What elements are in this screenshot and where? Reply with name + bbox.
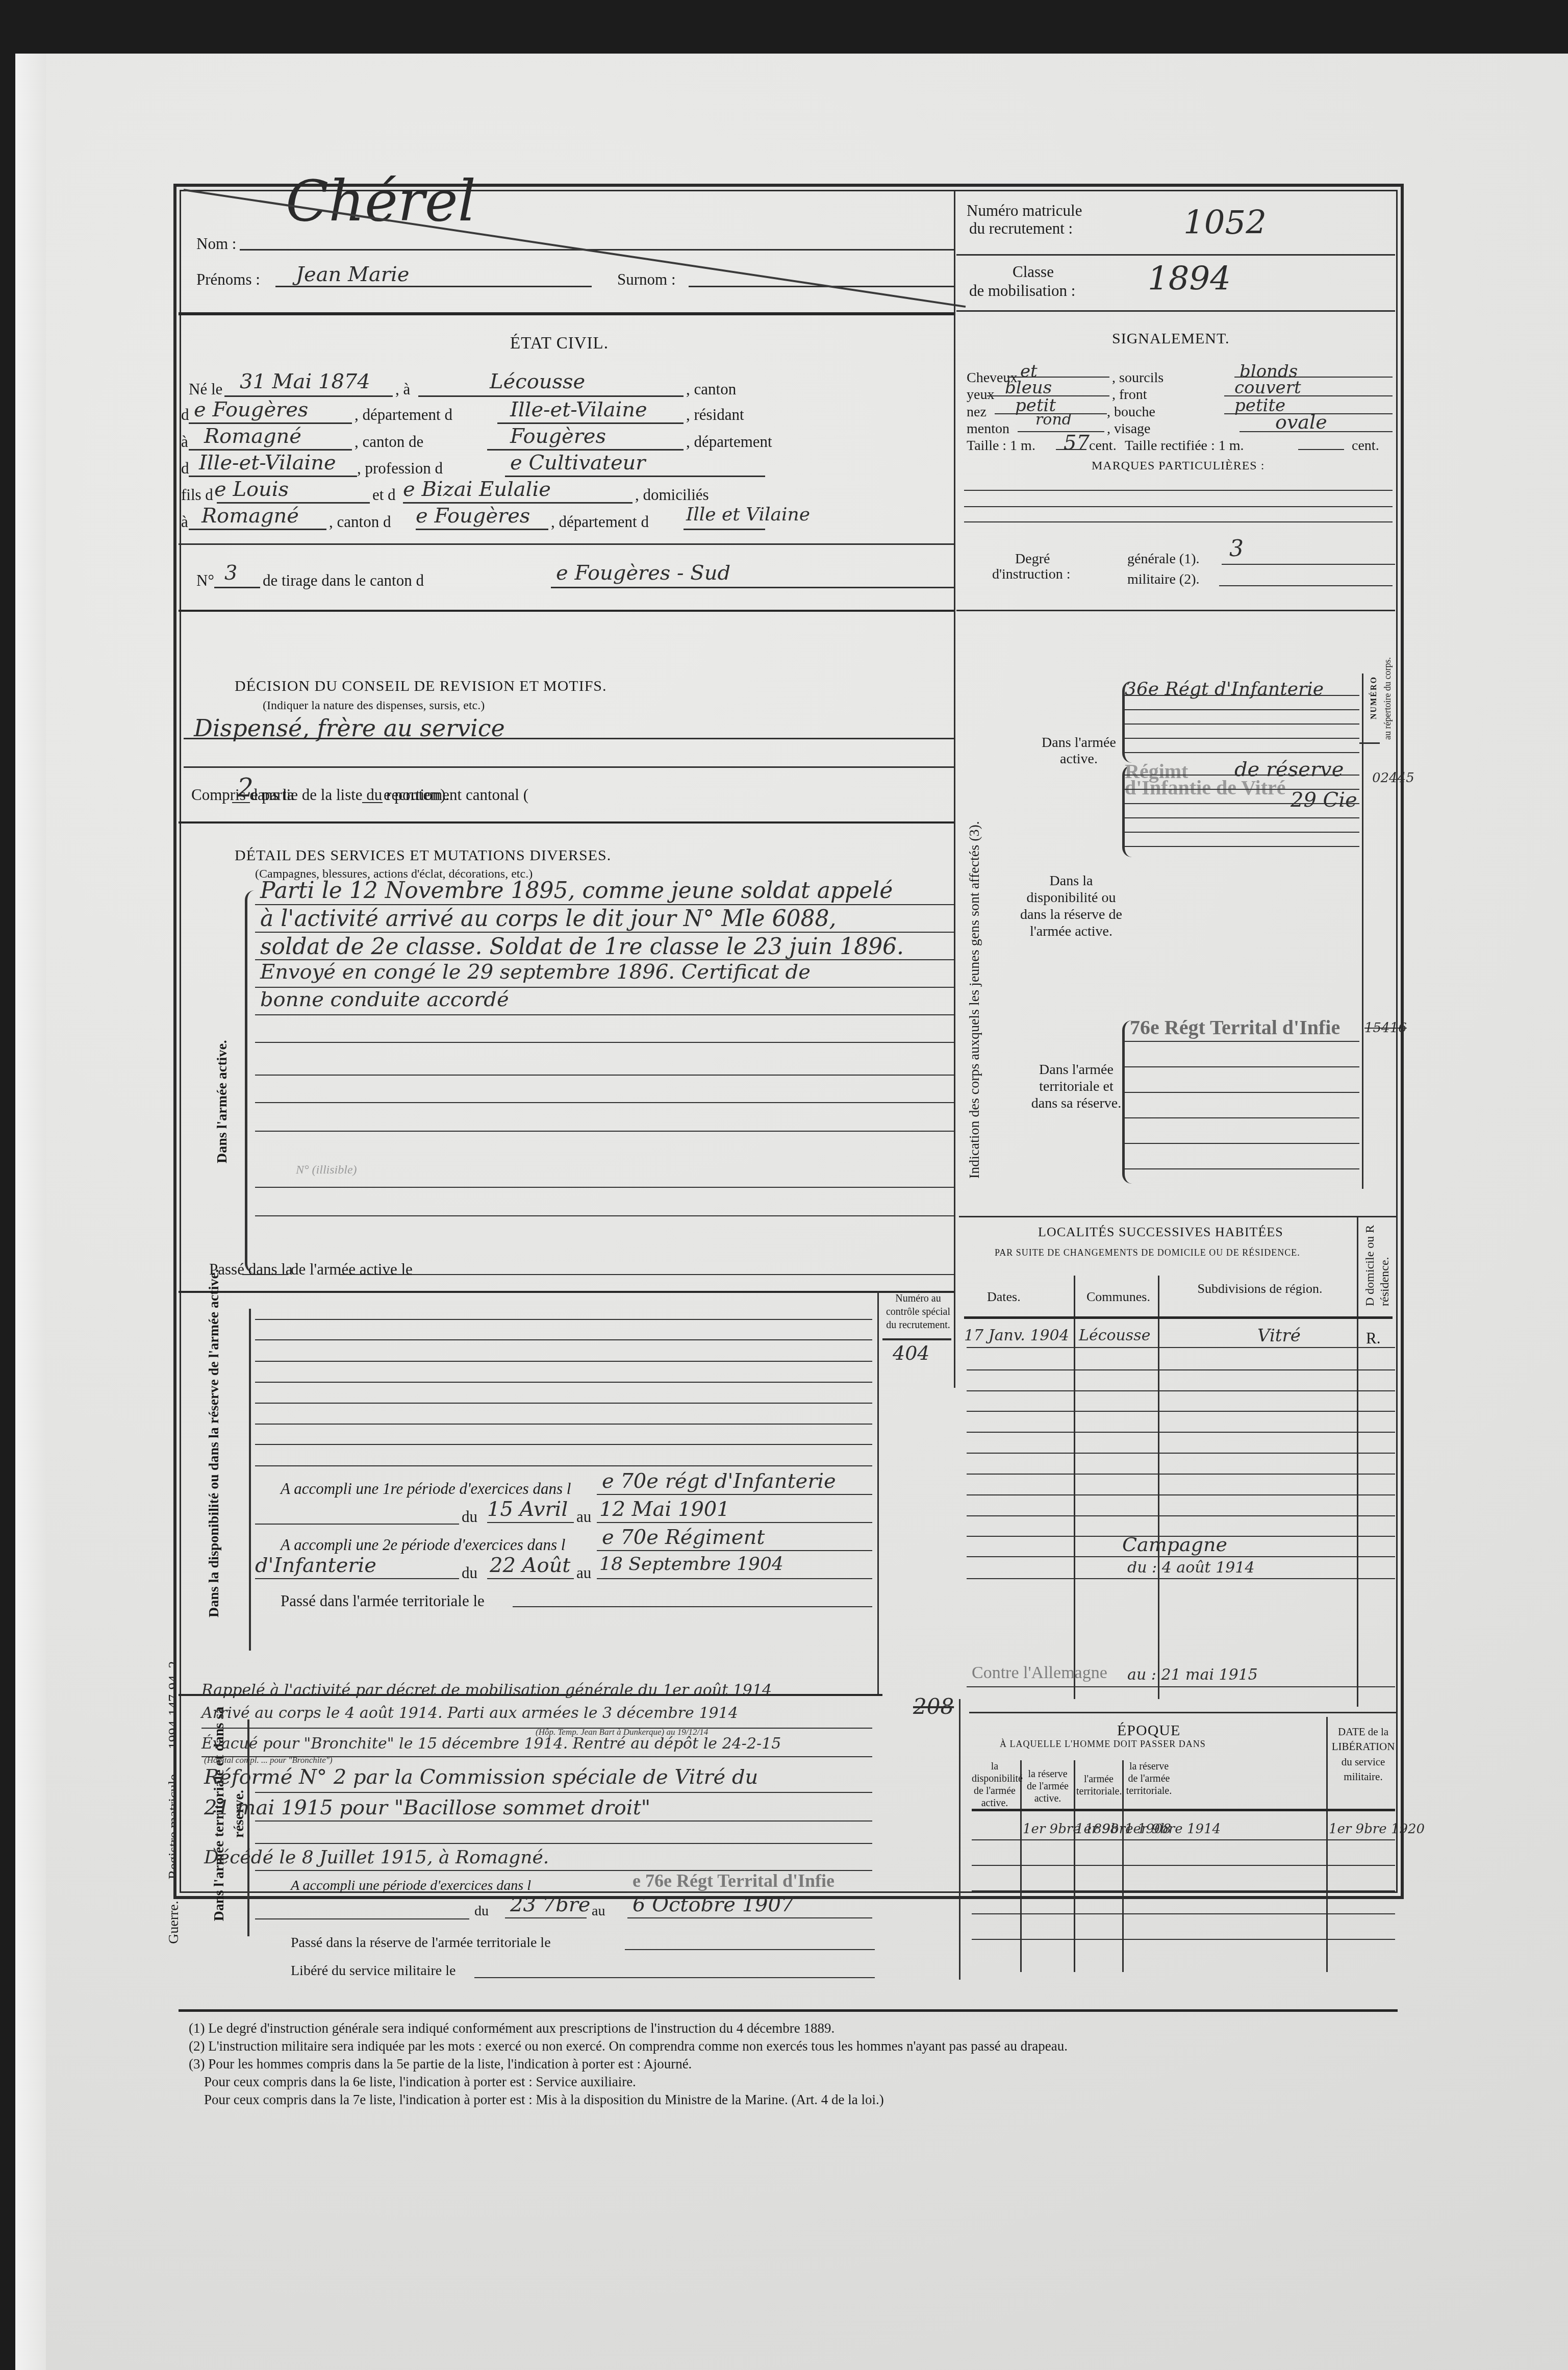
epoque-liberation-divider bbox=[1326, 1717, 1328, 1972]
periode2-au-label: au bbox=[576, 1564, 591, 1582]
matricule-divider bbox=[956, 254, 1395, 256]
taille-cent: cent. bbox=[1089, 438, 1117, 454]
localites-rule-9 bbox=[967, 1515, 1395, 1516]
domicile-departement-line bbox=[684, 529, 765, 530]
ne-le-line bbox=[224, 395, 393, 397]
localites-row-type: R. bbox=[1366, 1329, 1380, 1348]
corps-active-line-2 bbox=[1125, 709, 1359, 710]
canton-label: , canton bbox=[686, 380, 736, 398]
services-reserve-side-label: Dans la disponibilité ou dans la réserve… bbox=[204, 1260, 224, 1617]
domicile-line bbox=[189, 529, 326, 530]
reserve-rule-3 bbox=[255, 1361, 872, 1362]
periode1-unit-line bbox=[597, 1494, 872, 1495]
reserve-rule-4 bbox=[255, 1382, 872, 1383]
passe-reserve-terr-line bbox=[625, 1949, 875, 1950]
numero-controle-rule bbox=[882, 1338, 951, 1340]
epoque-header-territoriale: l'armée territoriale. bbox=[1076, 1773, 1121, 1798]
corps-active-line-3 bbox=[1125, 724, 1359, 725]
bouche-label: , bouche bbox=[1107, 404, 1155, 420]
territoriale-line-4: Réformé N° 2 par la Commission spéciale … bbox=[204, 1765, 758, 1789]
epoque-left-divider bbox=[959, 1699, 960, 1980]
corps-active-value: 36e Régt d'Infanterie bbox=[1125, 679, 1324, 700]
localites-rule-5 bbox=[967, 1432, 1395, 1433]
corps-numero-header: au répertoire du corps. bbox=[1382, 657, 1393, 740]
residant-departement-label: , département bbox=[686, 433, 772, 451]
passe-label-2: de l'armée active le bbox=[291, 1260, 413, 1279]
domicile-canton-value: e Fougères bbox=[416, 504, 530, 528]
localites-col-divider-2 bbox=[1158, 1276, 1159, 1699]
periode1-au-value: 12 Mai 1901 bbox=[599, 1498, 730, 1521]
corps-dispo-line-6 bbox=[1125, 846, 1359, 847]
profession-label: , profession d bbox=[357, 459, 443, 478]
services-active-rule-2 bbox=[255, 932, 954, 933]
corps-dispo-line-5 bbox=[1125, 832, 1359, 833]
prenoms-line bbox=[275, 286, 592, 287]
passe-territoriale-line bbox=[513, 1606, 872, 1607]
periode1-du-value: 15 Avril bbox=[487, 1498, 568, 1521]
pere-value: e Louis bbox=[214, 478, 289, 501]
services-active-rule-6 bbox=[255, 1042, 954, 1043]
decision-divider bbox=[179, 821, 954, 824]
localites-rule-3 bbox=[967, 1390, 1395, 1391]
periode2-du-label: du bbox=[462, 1564, 477, 1582]
epoque-col-divider-2 bbox=[1074, 1760, 1075, 1972]
periode-terr-au-label: au bbox=[592, 1903, 605, 1919]
periode2-du-line bbox=[487, 1578, 574, 1579]
marques-title: MARQUES PARTICULIÈRES : bbox=[1092, 459, 1264, 473]
services-active-rule-9 bbox=[255, 1131, 954, 1132]
fils-de-label: fils d bbox=[181, 486, 213, 504]
epoque-rule-3 bbox=[972, 1890, 1395, 1891]
prenoms-label: Prénoms : bbox=[196, 270, 260, 289]
domicile-canton-line bbox=[416, 529, 548, 530]
residant-departement-value: Ille-et-Vilaine bbox=[199, 451, 336, 475]
instruction-label-1: Degré bbox=[1015, 551, 1050, 567]
reserve-rule-5 bbox=[255, 1403, 872, 1404]
taille-value: 57 bbox=[1064, 431, 1090, 455]
column-divider bbox=[954, 191, 955, 1388]
tirage-canton-line bbox=[551, 587, 954, 588]
periode-terr-unit: e 76e Régt Territal d'Infie bbox=[633, 1870, 834, 1891]
visage-value: ovale bbox=[1275, 411, 1327, 433]
localites-rule-13 bbox=[967, 1686, 1395, 1687]
corps-active-line-5 bbox=[1125, 752, 1359, 753]
services-reserve-brace bbox=[249, 1309, 258, 1651]
localites-header-type: D domicile ou R résidence. bbox=[1363, 1219, 1393, 1306]
surnom-label: Surnom : bbox=[617, 270, 676, 289]
portion-line bbox=[362, 802, 383, 803]
epoque-rule-4 bbox=[972, 1913, 1395, 1914]
localites-rule-7 bbox=[967, 1474, 1395, 1475]
corps-active-line-1 bbox=[1125, 695, 1359, 696]
prenoms-value: Jean Marie bbox=[296, 263, 409, 286]
services-title: DÉTAIL DES SERVICES ET MUTATIONS DIVERSE… bbox=[235, 847, 611, 864]
epoque-rule-1 bbox=[972, 1839, 1395, 1840]
localites-header-dates: Dates. bbox=[987, 1289, 1021, 1305]
decision-line-2 bbox=[184, 766, 954, 768]
services-active-rule-10 bbox=[255, 1187, 954, 1188]
libere-label: Libéré du service militaire le bbox=[291, 1963, 456, 1979]
taille-rectifiee-cent: cent. bbox=[1352, 438, 1379, 454]
etat-civil-divider bbox=[179, 543, 954, 545]
domicile-departement-value: Ille et Vilaine bbox=[686, 504, 810, 525]
yeux-value: bleus bbox=[1005, 378, 1052, 398]
domicile-prefix: à bbox=[181, 513, 188, 531]
territoriale-numero: 208 bbox=[913, 1694, 954, 1719]
corps-dispo-line-3 bbox=[1125, 803, 1359, 804]
epoque-header-liberation: DATE de la LIBÉRATION du service militai… bbox=[1331, 1725, 1395, 1785]
classe-label-1: Classe bbox=[1013, 263, 1054, 281]
periode2-unit-line bbox=[597, 1550, 872, 1551]
territoriale-rule-3 bbox=[255, 1792, 872, 1793]
numero-controle-header: Numéro au contrôle spécial du recrutemen… bbox=[885, 1292, 951, 1332]
localites-col-divider-1 bbox=[1074, 1276, 1075, 1699]
epoque-header-disponibilite: la disponibilité de l'armée active. bbox=[972, 1760, 1018, 1809]
mere-value: e Bizai Eulalie bbox=[403, 478, 551, 501]
decision-subtitle: (Indiquer la nature des dispenses, sursi… bbox=[263, 699, 485, 713]
periode-terr-du-label: du bbox=[474, 1903, 489, 1919]
reserve-rule-1 bbox=[255, 1319, 872, 1320]
domicile-value: Romagné bbox=[201, 504, 299, 528]
visage-line bbox=[1240, 431, 1393, 432]
corps-terr-line-5 bbox=[1125, 1143, 1359, 1144]
epoque-value-reserve-territoriale: 1er 9bre 1914 bbox=[1125, 1822, 1221, 1837]
periode-terr-du-value: 23 7bre bbox=[510, 1893, 590, 1916]
residant-line bbox=[189, 449, 352, 451]
tirage-label: de tirage dans le canton d bbox=[263, 571, 424, 590]
periode-terr-pre-line bbox=[255, 1918, 469, 1919]
passe-date-line bbox=[339, 1274, 954, 1275]
instruction-generale-value: 3 bbox=[1229, 536, 1244, 562]
identity-divider bbox=[179, 312, 954, 315]
instruction-militaire-line bbox=[1219, 585, 1393, 586]
marques-line-3 bbox=[964, 521, 1393, 522]
services-active-faint-note: N° (illisible) bbox=[296, 1163, 357, 1177]
classe-label-2: de mobilisation : bbox=[969, 282, 1075, 300]
libere-line bbox=[474, 1977, 875, 1978]
periode1-pre-line bbox=[255, 1524, 459, 1525]
tirage-no-label: N° bbox=[196, 571, 214, 590]
periode2-unit-2-line bbox=[255, 1578, 459, 1579]
epoque-title: ÉPOQUE bbox=[1117, 1722, 1180, 1739]
canton-prefix: d bbox=[181, 406, 189, 424]
localites-row-commune: Lécousse bbox=[1079, 1327, 1150, 1344]
periode2-du-value: 22 Août bbox=[490, 1554, 570, 1577]
localites-rule-1 bbox=[967, 1347, 1395, 1348]
instruction-generale-line bbox=[1222, 564, 1395, 565]
sourcils-label: , sourcils bbox=[1112, 370, 1164, 386]
classe-divider bbox=[956, 310, 1395, 312]
taille-line bbox=[1056, 449, 1086, 450]
territoriale-line-3: Évacué pour "Bronchite" le 15 décembre 1… bbox=[201, 1735, 781, 1753]
epoque-header-rule bbox=[972, 1809, 1395, 1811]
corps-terr-line-3 bbox=[1125, 1092, 1359, 1093]
a-label: , à bbox=[395, 380, 410, 398]
residant-label: , résidant bbox=[686, 406, 744, 424]
territoriale-line-1: Rappelé à l'activité par décret de mobil… bbox=[201, 1681, 772, 1699]
departement-line bbox=[497, 422, 684, 424]
corps-side-label: Indication des corps auxquels les jeunes… bbox=[967, 821, 983, 1179]
compris-line bbox=[232, 802, 250, 803]
instruction-divider bbox=[956, 610, 1395, 611]
campagne-du: du : 4 août 1914 bbox=[1127, 1559, 1255, 1577]
periode1-du-label: du bbox=[462, 1508, 477, 1526]
services-active-line-1: Parti le 12 Novembre 1895, comme jeune s… bbox=[260, 878, 893, 904]
services-active-brace bbox=[245, 890, 255, 1273]
corps-active-label: Dans l'armée active. bbox=[1030, 735, 1127, 767]
menton-line bbox=[1018, 431, 1104, 432]
active-divider bbox=[179, 1291, 954, 1293]
canton-line bbox=[189, 422, 352, 424]
epoque-subtitle: À LAQUELLE L'HOMME DOIT PASSER DANS bbox=[1000, 1739, 1206, 1750]
numero-controle-divider bbox=[877, 1291, 879, 1694]
localites-rule-12 bbox=[967, 1578, 1395, 1579]
residant-departement-prefix: d bbox=[181, 459, 189, 478]
epoque-header-reserve-territoriale: la réserve de l'armée territoriale. bbox=[1125, 1760, 1173, 1797]
periode-terr-du-line bbox=[505, 1917, 587, 1918]
localites-rule-8 bbox=[967, 1494, 1395, 1495]
lieu-naissance-line bbox=[418, 395, 684, 397]
periode2-label: A accompli une 2e période d'exercices da… bbox=[281, 1536, 565, 1554]
territoriale-line-2: Arrivé au corps le 4 août 1914. Parti au… bbox=[201, 1704, 738, 1722]
footnote-3: (3) Pour les hommes compris dans la 5e p… bbox=[189, 2056, 692, 2072]
reserve-rule-8 bbox=[255, 1465, 872, 1466]
corps-territoriale-numero: 15416 bbox=[1364, 1020, 1407, 1036]
corps-dispo-line-2 bbox=[1125, 789, 1359, 790]
pere-line bbox=[217, 502, 370, 504]
localites-type-divider bbox=[1357, 1217, 1358, 1707]
territoriale-rule-4 bbox=[255, 1820, 872, 1822]
corps-numero-tick bbox=[1359, 742, 1380, 744]
page-gutter bbox=[15, 54, 46, 2370]
passe-territoriale-label: Passé dans l'armée territoriale le bbox=[281, 1592, 485, 1610]
footnote-4: Pour ceux compris dans la 6e liste, l'in… bbox=[204, 2074, 636, 2090]
footnote-5: Pour ceux compris dans la 7e liste, l'in… bbox=[204, 2092, 884, 2108]
corps-territoriale-stamp: 76e Régt Territal d'Infie bbox=[1130, 1015, 1340, 1039]
periode1-unit: e 70e régt d'Infanterie bbox=[602, 1469, 836, 1493]
signalement-title: SIGNALEMENT. bbox=[1112, 330, 1230, 347]
localites-rule-4 bbox=[967, 1411, 1395, 1412]
periode2-unit-2: d'Infanterie bbox=[255, 1554, 376, 1577]
services-active-rule-5 bbox=[255, 1014, 954, 1015]
tirage-canton-value: e Fougères - Sud bbox=[556, 561, 730, 585]
corps-disponibilite-numero: 02445 bbox=[1372, 770, 1414, 786]
territoriale-rule-5 bbox=[255, 1843, 872, 1844]
reserve-rule-7 bbox=[255, 1444, 872, 1445]
front-value: couvert bbox=[1234, 378, 1301, 398]
residant-canton-value: Fougères bbox=[510, 425, 606, 448]
corps-disponibilite-label: Dans la disponibilité ou dans la réserve… bbox=[1015, 872, 1127, 940]
corps-terr-line-1 bbox=[1125, 1041, 1359, 1042]
residant-value: Romagné bbox=[204, 425, 301, 448]
instruction-militaire-label: militaire (2). bbox=[1127, 571, 1200, 588]
localites-top-rule bbox=[959, 1216, 1398, 1217]
periode-terr-au-line bbox=[627, 1917, 872, 1918]
localites-row-subdivision: Vitré bbox=[1257, 1326, 1301, 1346]
ne-le-label: Né le bbox=[189, 380, 222, 398]
taille-rectifiee-line bbox=[1298, 449, 1344, 450]
canton-value: e Fougères bbox=[194, 398, 308, 421]
services-active-line-5: bonne conduite accordé bbox=[260, 988, 509, 1011]
corps-territoriale-label: Dans l'armée territoriale et dans sa rés… bbox=[1030, 1061, 1122, 1112]
taille-rectifiee-label: Taille rectifiée : 1 m. bbox=[1125, 438, 1244, 454]
yeux-label: yeux bbox=[967, 387, 994, 403]
tirage-no-line bbox=[214, 587, 260, 588]
epoque-col-divider-1 bbox=[1020, 1760, 1022, 1972]
departement-label: , département d bbox=[355, 406, 452, 424]
visage-label: , visage bbox=[1107, 421, 1151, 437]
corps-disponibilite-stamp-2: d'Infantie de Vitré bbox=[1125, 776, 1286, 800]
periode2-au-value: 18 Septembre 1904 bbox=[599, 1554, 783, 1575]
numero-controle-value: 404 bbox=[893, 1342, 930, 1364]
tirage-divider bbox=[179, 610, 954, 612]
decision-line-1 bbox=[184, 738, 954, 739]
corps-territoriale-brace bbox=[1122, 1020, 1132, 1184]
localites-rule-11 bbox=[967, 1556, 1395, 1557]
localites-row-date: 17 Janv. 1904 bbox=[964, 1327, 1069, 1344]
profession-value: e Cultivateur bbox=[510, 451, 646, 475]
residant-canton-line bbox=[487, 449, 684, 451]
periode2-unit-1: e 70e Régiment bbox=[602, 1526, 765, 1549]
taille-label: Taille : 1 m. bbox=[967, 438, 1035, 454]
periode1-du-line bbox=[487, 1522, 574, 1523]
corps-terr-line-6 bbox=[1125, 1168, 1359, 1169]
nom-label: Nom : bbox=[196, 235, 236, 253]
campagne-label: Campagne bbox=[1122, 1533, 1227, 1556]
departement-value: Ille-et-Vilaine bbox=[510, 398, 647, 421]
periode-terr-au-value: 6 Octobre 1907 bbox=[633, 1893, 794, 1916]
matricule-label-1: Numéro matricule bbox=[967, 202, 1082, 220]
nom-value: Chérel bbox=[286, 168, 476, 234]
instruction-label-2: d'instruction : bbox=[992, 566, 1071, 583]
campagne-stamp: Contre l'Allemagne bbox=[972, 1663, 1107, 1683]
corps-numero-divider bbox=[1362, 673, 1363, 1189]
nez-label: nez bbox=[967, 404, 987, 420]
reserve-rule-2 bbox=[255, 1339, 872, 1340]
corps-active-line-4 bbox=[1125, 738, 1359, 739]
footnote-1: (1) Le degré d'instruction générale sera… bbox=[189, 2020, 834, 2036]
localites-header-subdivisions: Subdivisions de région. bbox=[1173, 1281, 1347, 1296]
localites-subtitle: PAR SUITE DE CHANGEMENTS DE DOMICILE OU … bbox=[995, 1248, 1300, 1258]
menton-label: menton bbox=[967, 421, 1009, 437]
periode-terr-label: A accompli une période d'exercices dans … bbox=[291, 1878, 531, 1894]
lieu-naissance-value: Lécousse bbox=[490, 370, 585, 393]
residant-canton-label: , canton de bbox=[355, 433, 423, 451]
services-active-line-3: soldat de 2e classe. Soldat de 1re class… bbox=[260, 934, 904, 960]
menton-value: rond bbox=[1035, 411, 1072, 429]
epoque-col-divider-3 bbox=[1122, 1760, 1124, 1972]
classe-value: 1894 bbox=[1148, 260, 1231, 298]
matricule-value: 1052 bbox=[1183, 204, 1267, 242]
periode1-au-line bbox=[597, 1522, 872, 1523]
corps-disponibilite-value-2: 29 Cie bbox=[1291, 788, 1357, 812]
reserve-rule-6 bbox=[255, 1424, 872, 1425]
passe-line bbox=[242, 1274, 288, 1275]
footnote-2: (2) L'instruction militaire sera indiqué… bbox=[189, 2038, 1068, 2054]
epoque-rule-5 bbox=[972, 1939, 1395, 1940]
services-active-line-4: Envoyé en congé le 29 septembre 1896. Ce… bbox=[260, 960, 811, 984]
instruction-generale-label: générale (1). bbox=[1127, 551, 1199, 567]
territoriale-line-5: 21 mai 1915 pour "Bacillose sommet droit… bbox=[204, 1796, 650, 1819]
marques-line-2 bbox=[964, 506, 1393, 507]
decision-title: DÉCISION DU CONSEIL DE REVISION ET MOTIF… bbox=[235, 678, 607, 695]
services-active-rule-1 bbox=[255, 904, 954, 905]
corps-terr-line-2 bbox=[1125, 1066, 1359, 1067]
domicile-departement-label: , département d bbox=[551, 513, 649, 531]
footnotes-divider bbox=[179, 2009, 1398, 2012]
corps-dispo-line-4 bbox=[1125, 817, 1359, 818]
localites-title: LOCALITÉS SUCCESSIVES HABITÉES bbox=[1038, 1225, 1283, 1240]
localites-header-rule bbox=[964, 1316, 1393, 1319]
ne-le-value: 31 Mai 1874 bbox=[240, 370, 370, 393]
territoriale-note-2: (Hôpital compl. ... pour "Bronchite") bbox=[204, 1755, 333, 1765]
marques-line-1 bbox=[964, 490, 1393, 491]
services-active-rule-7 bbox=[255, 1075, 954, 1076]
residant-prefix: à bbox=[181, 433, 188, 451]
services-active-line-2: à l'activité arrivé au corps le dit jour… bbox=[260, 906, 836, 932]
etat-civil-title: ÉTAT CIVIL. bbox=[510, 334, 609, 353]
mere-line bbox=[403, 502, 633, 504]
front-label: , front bbox=[1112, 387, 1147, 403]
compris-label-3: e portion). bbox=[384, 786, 449, 804]
services-active-rule-11 bbox=[255, 1215, 954, 1216]
periode1-label: A accompli une 1re période d'exercices d… bbox=[281, 1480, 571, 1498]
matricule-label-2: du recrutement : bbox=[969, 219, 1073, 238]
domicile-canton-label: , canton d bbox=[329, 513, 391, 531]
domicilies-label: , domiciliés bbox=[635, 486, 709, 504]
profession-line bbox=[505, 476, 765, 477]
periode2-au-line bbox=[597, 1578, 872, 1579]
campagne-au: au : 21 mai 1915 bbox=[1127, 1666, 1258, 1684]
localites-header-communes: Communes. bbox=[1086, 1289, 1150, 1305]
corps-terr-line-4 bbox=[1125, 1117, 1359, 1118]
epoque-value-liberation: 1er 9bre 1920 bbox=[1329, 1822, 1425, 1837]
localites-rule-2 bbox=[967, 1369, 1395, 1370]
residant-departement-line bbox=[189, 476, 357, 477]
periode1-au-label: au bbox=[576, 1508, 591, 1526]
et-de-label: et d bbox=[372, 486, 396, 504]
services-active-side-label: Dans l'armée active. bbox=[214, 1040, 231, 1163]
passe-reserve-terr-label: Passé dans la réserve de l'armée territo… bbox=[291, 1935, 551, 1951]
corps-numero-header-1: NUMÉRO bbox=[1370, 676, 1379, 719]
epoque-top-rule bbox=[969, 1712, 1398, 1713]
services-active-rule-8 bbox=[255, 1102, 954, 1103]
epoque-rule-2 bbox=[972, 1865, 1395, 1866]
territoriale-line-6: Décédé le 8 Juillet 1915, à Romagné. bbox=[204, 1847, 549, 1868]
tirage-no-value: 3 bbox=[224, 561, 237, 585]
localites-rule-6 bbox=[967, 1453, 1395, 1454]
epoque-header-reserve-active: la réserve de l'armée active. bbox=[1023, 1768, 1073, 1805]
corps-dispo-line-1 bbox=[1125, 775, 1359, 776]
